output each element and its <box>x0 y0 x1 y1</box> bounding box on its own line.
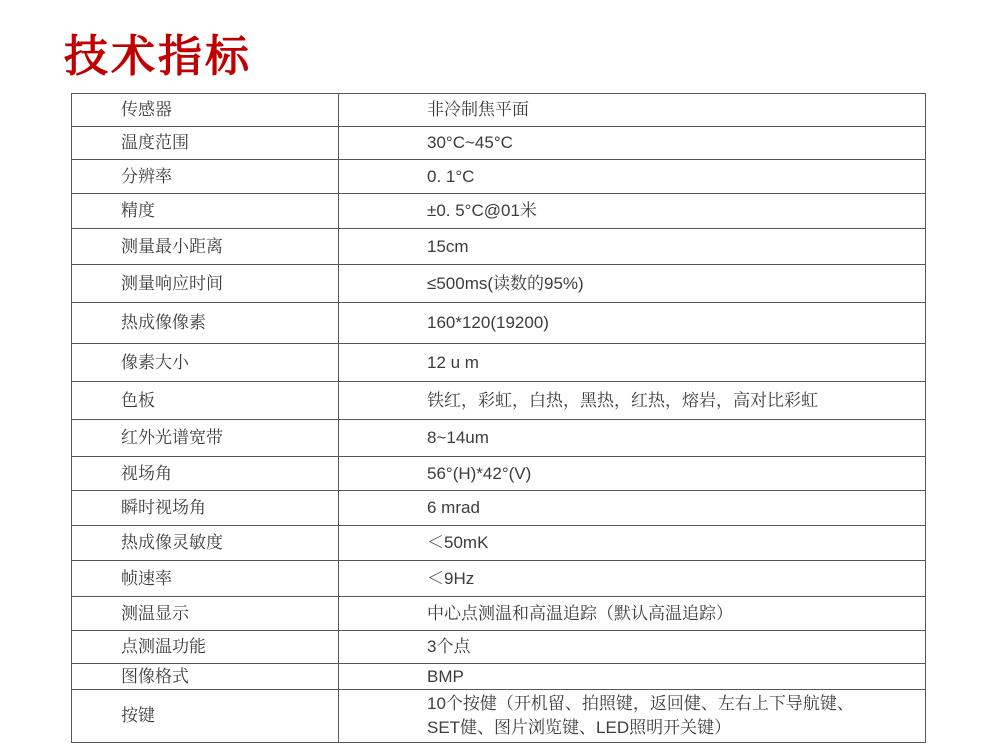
spec-value: 8~14um <box>339 420 926 457</box>
spec-value: 3个点 <box>339 631 926 664</box>
spec-label: 热成像灵敏度 <box>72 526 339 561</box>
table-row: 视场角 56°(H)*42°(V) <box>72 457 926 491</box>
spec-value: 10个按健（开机留、拍照键，返回健、左右上下导航键、 SET健、图片浏览键、LE… <box>339 690 926 743</box>
table-row: 温度范围 30°C~45°C <box>72 127 926 160</box>
table-row: 点测温功能 3个点 <box>72 631 926 664</box>
table-row: 精度 ±0. 5°C@01米 <box>72 194 926 229</box>
spec-value: 160*120(19200) <box>339 303 926 344</box>
table-row: 热成像像素 160*120(19200) <box>72 303 926 344</box>
spec-value: 中心点测温和高温追踪（默认高温追踪） <box>339 597 926 631</box>
spec-label: 测温显示 <box>72 597 339 631</box>
spec-value: ＜50mK <box>339 526 926 561</box>
table-row: 分辨率 0. 1°C <box>72 160 926 194</box>
table-row: 像素大小 12 u m <box>72 344 926 382</box>
table-row: 色板 铁红，彩虹，白热，黑热，红热，熔岩，高对比彩虹 <box>72 382 926 420</box>
table-row: 按键 10个按健（开机留、拍照键，返回健、左右上下导航键、 SET健、图片浏览键… <box>72 690 926 743</box>
spec-value: ≤500ms(读数的95%) <box>339 265 926 303</box>
spec-label: 温度范围 <box>72 127 339 160</box>
table-row: 测量最小距离 15cm <box>72 229 926 265</box>
spec-value: 6 mrad <box>339 491 926 526</box>
table-row: 热成像灵敏度 ＜50mK <box>72 526 926 561</box>
spec-value: 15cm <box>339 229 926 265</box>
spec-label: 传感器 <box>72 94 339 127</box>
spec-label: 色板 <box>72 382 339 420</box>
spec-value: 12 u m <box>339 344 926 382</box>
spec-label: 视场角 <box>72 457 339 491</box>
spec-table: 传感器 非冷制焦平面 温度范围 30°C~45°C 分辨率 0. 1°C 精度 … <box>71 93 926 743</box>
table-row: 瞬时视场角 6 mrad <box>72 491 926 526</box>
spec-label: 测量最小距离 <box>72 229 339 265</box>
spec-label: 像素大小 <box>72 344 339 382</box>
spec-value: 0. 1°C <box>339 160 926 194</box>
spec-page: 技术指标 传感器 非冷制焦平面 温度范围 30°C~45°C 分辨率 0. 1°… <box>0 0 1000 752</box>
spec-label: 瞬时视场角 <box>72 491 339 526</box>
spec-label: 帧速率 <box>72 561 339 597</box>
spec-label: 点测温功能 <box>72 631 339 664</box>
spec-label: 图像格式 <box>72 664 339 690</box>
table-row: 图像格式 BMP <box>72 664 926 690</box>
spec-value: ±0. 5°C@01米 <box>339 194 926 229</box>
table-row: 帧速率 ＜9Hz <box>72 561 926 597</box>
spec-value: 铁红，彩虹，白热，黑热，红热，熔岩，高对比彩虹 <box>339 382 926 420</box>
table-row: 红外光谱宽带 8~14um <box>72 420 926 457</box>
page-title: 技术指标 <box>64 20 252 84</box>
spec-label: 精度 <box>72 194 339 229</box>
spec-value: 30°C~45°C <box>339 127 926 160</box>
table-row: 测量响应时间 ≤500ms(读数的95%) <box>72 265 926 303</box>
table-row: 传感器 非冷制焦平面 <box>72 94 926 127</box>
spec-label: 分辨率 <box>72 160 339 194</box>
spec-value: 56°(H)*42°(V) <box>339 457 926 491</box>
spec-label: 热成像像素 <box>72 303 339 344</box>
spec-label: 按键 <box>72 690 339 743</box>
spec-value: BMP <box>339 664 926 690</box>
spec-label: 测量响应时间 <box>72 265 339 303</box>
spec-value: ＜9Hz <box>339 561 926 597</box>
spec-table-body: 传感器 非冷制焦平面 温度范围 30°C~45°C 分辨率 0. 1°C 精度 … <box>72 94 926 743</box>
table-row: 测温显示 中心点测温和高温追踪（默认高温追踪） <box>72 597 926 631</box>
spec-label: 红外光谱宽带 <box>72 420 339 457</box>
spec-value: 非冷制焦平面 <box>339 94 926 127</box>
